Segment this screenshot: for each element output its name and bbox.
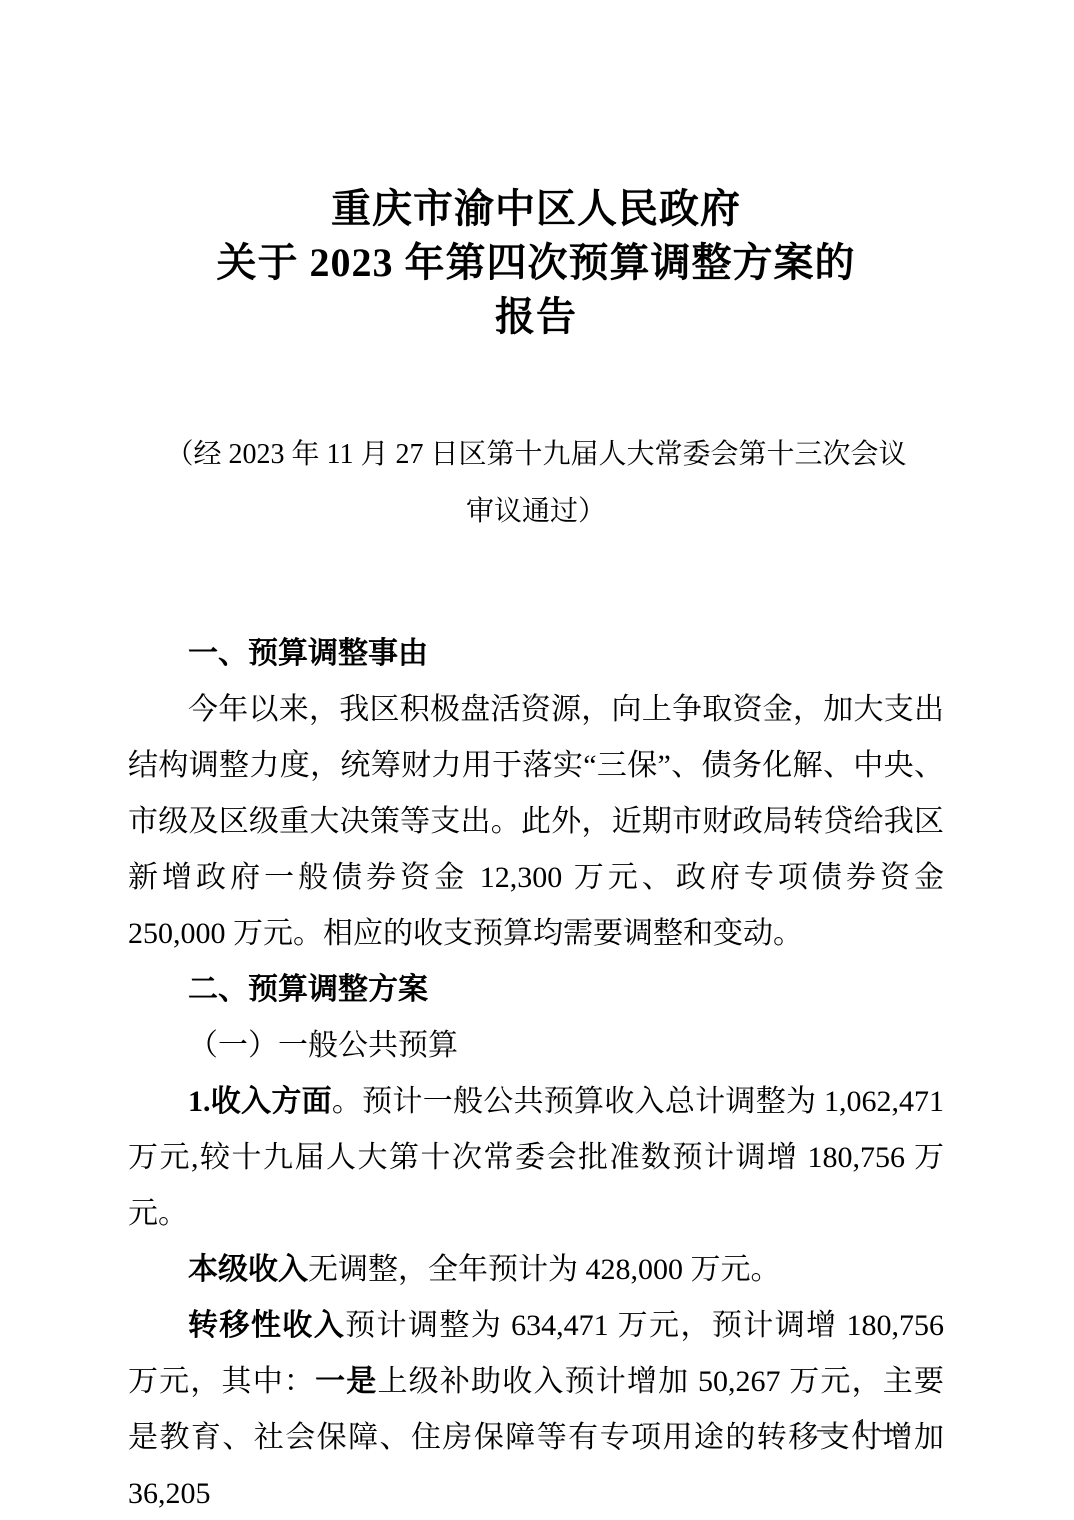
title-line-2: 关于 2023 年第四次预算调整方案的	[128, 236, 944, 290]
local-income-bold: 本级收入	[188, 1253, 308, 1286]
paragraph-transfer-income: 转移性收入预计调整为 634,471 万元，预计调增 180,756 万元，其中…	[128, 1298, 944, 1520]
document-title: 重庆市渝中区人民政府 关于 2023 年第四次预算调整方案的 报告	[128, 182, 944, 344]
document-subtitle: （经 2023 年 11 月 27 日区第十九届人大常委会第十三次会议 审议通过…	[128, 426, 944, 540]
paragraph-income: 1.收入方面。预计一般公共预算收入总计调整为 1,062,471 万元,较十九届…	[128, 1074, 944, 1242]
section2-heading: 二、预算调整方案	[128, 962, 944, 1018]
document-content: 重庆市渝中区人民政府 关于 2023 年第四次预算调整方案的 报告 （经 202…	[128, 0, 944, 1520]
section1-heading: 一、预算调整事由	[128, 626, 944, 682]
title-line-1: 重庆市渝中区人民政府	[128, 182, 944, 236]
local-income-rest: 无调整，全年预计为 428,000 万元。	[308, 1253, 781, 1286]
subtitle-line-2: 审议通过）	[128, 483, 944, 540]
section2-subheading: （一）一般公共预算	[128, 1018, 944, 1074]
transfer-income-bold2: 一是	[315, 1365, 377, 1398]
document-page: 重庆市渝中区人民政府 关于 2023 年第四次预算调整方案的 报告 （经 202…	[0, 0, 1074, 1520]
title-line-3: 报告	[128, 290, 944, 344]
section1-paragraph: 今年以来，我区积极盘活资源，向上争取资金，加大支出结构调整力度，统筹财力用于落实…	[128, 682, 944, 962]
income-lead-bold: 1.收入方面	[188, 1085, 332, 1118]
page-number: — 1 —	[817, 1412, 908, 1444]
subtitle-line-1: （经 2023 年 11 月 27 日区第十九届人大常委会第十三次会议	[128, 426, 944, 483]
document-body: 一、预算调整事由 今年以来，我区积极盘活资源，向上争取资金，加大支出结构调整力度…	[128, 626, 944, 1520]
transfer-income-bold: 转移性收入	[188, 1309, 345, 1342]
paragraph-local-income: 本级收入无调整，全年预计为 428,000 万元。	[128, 1242, 944, 1298]
